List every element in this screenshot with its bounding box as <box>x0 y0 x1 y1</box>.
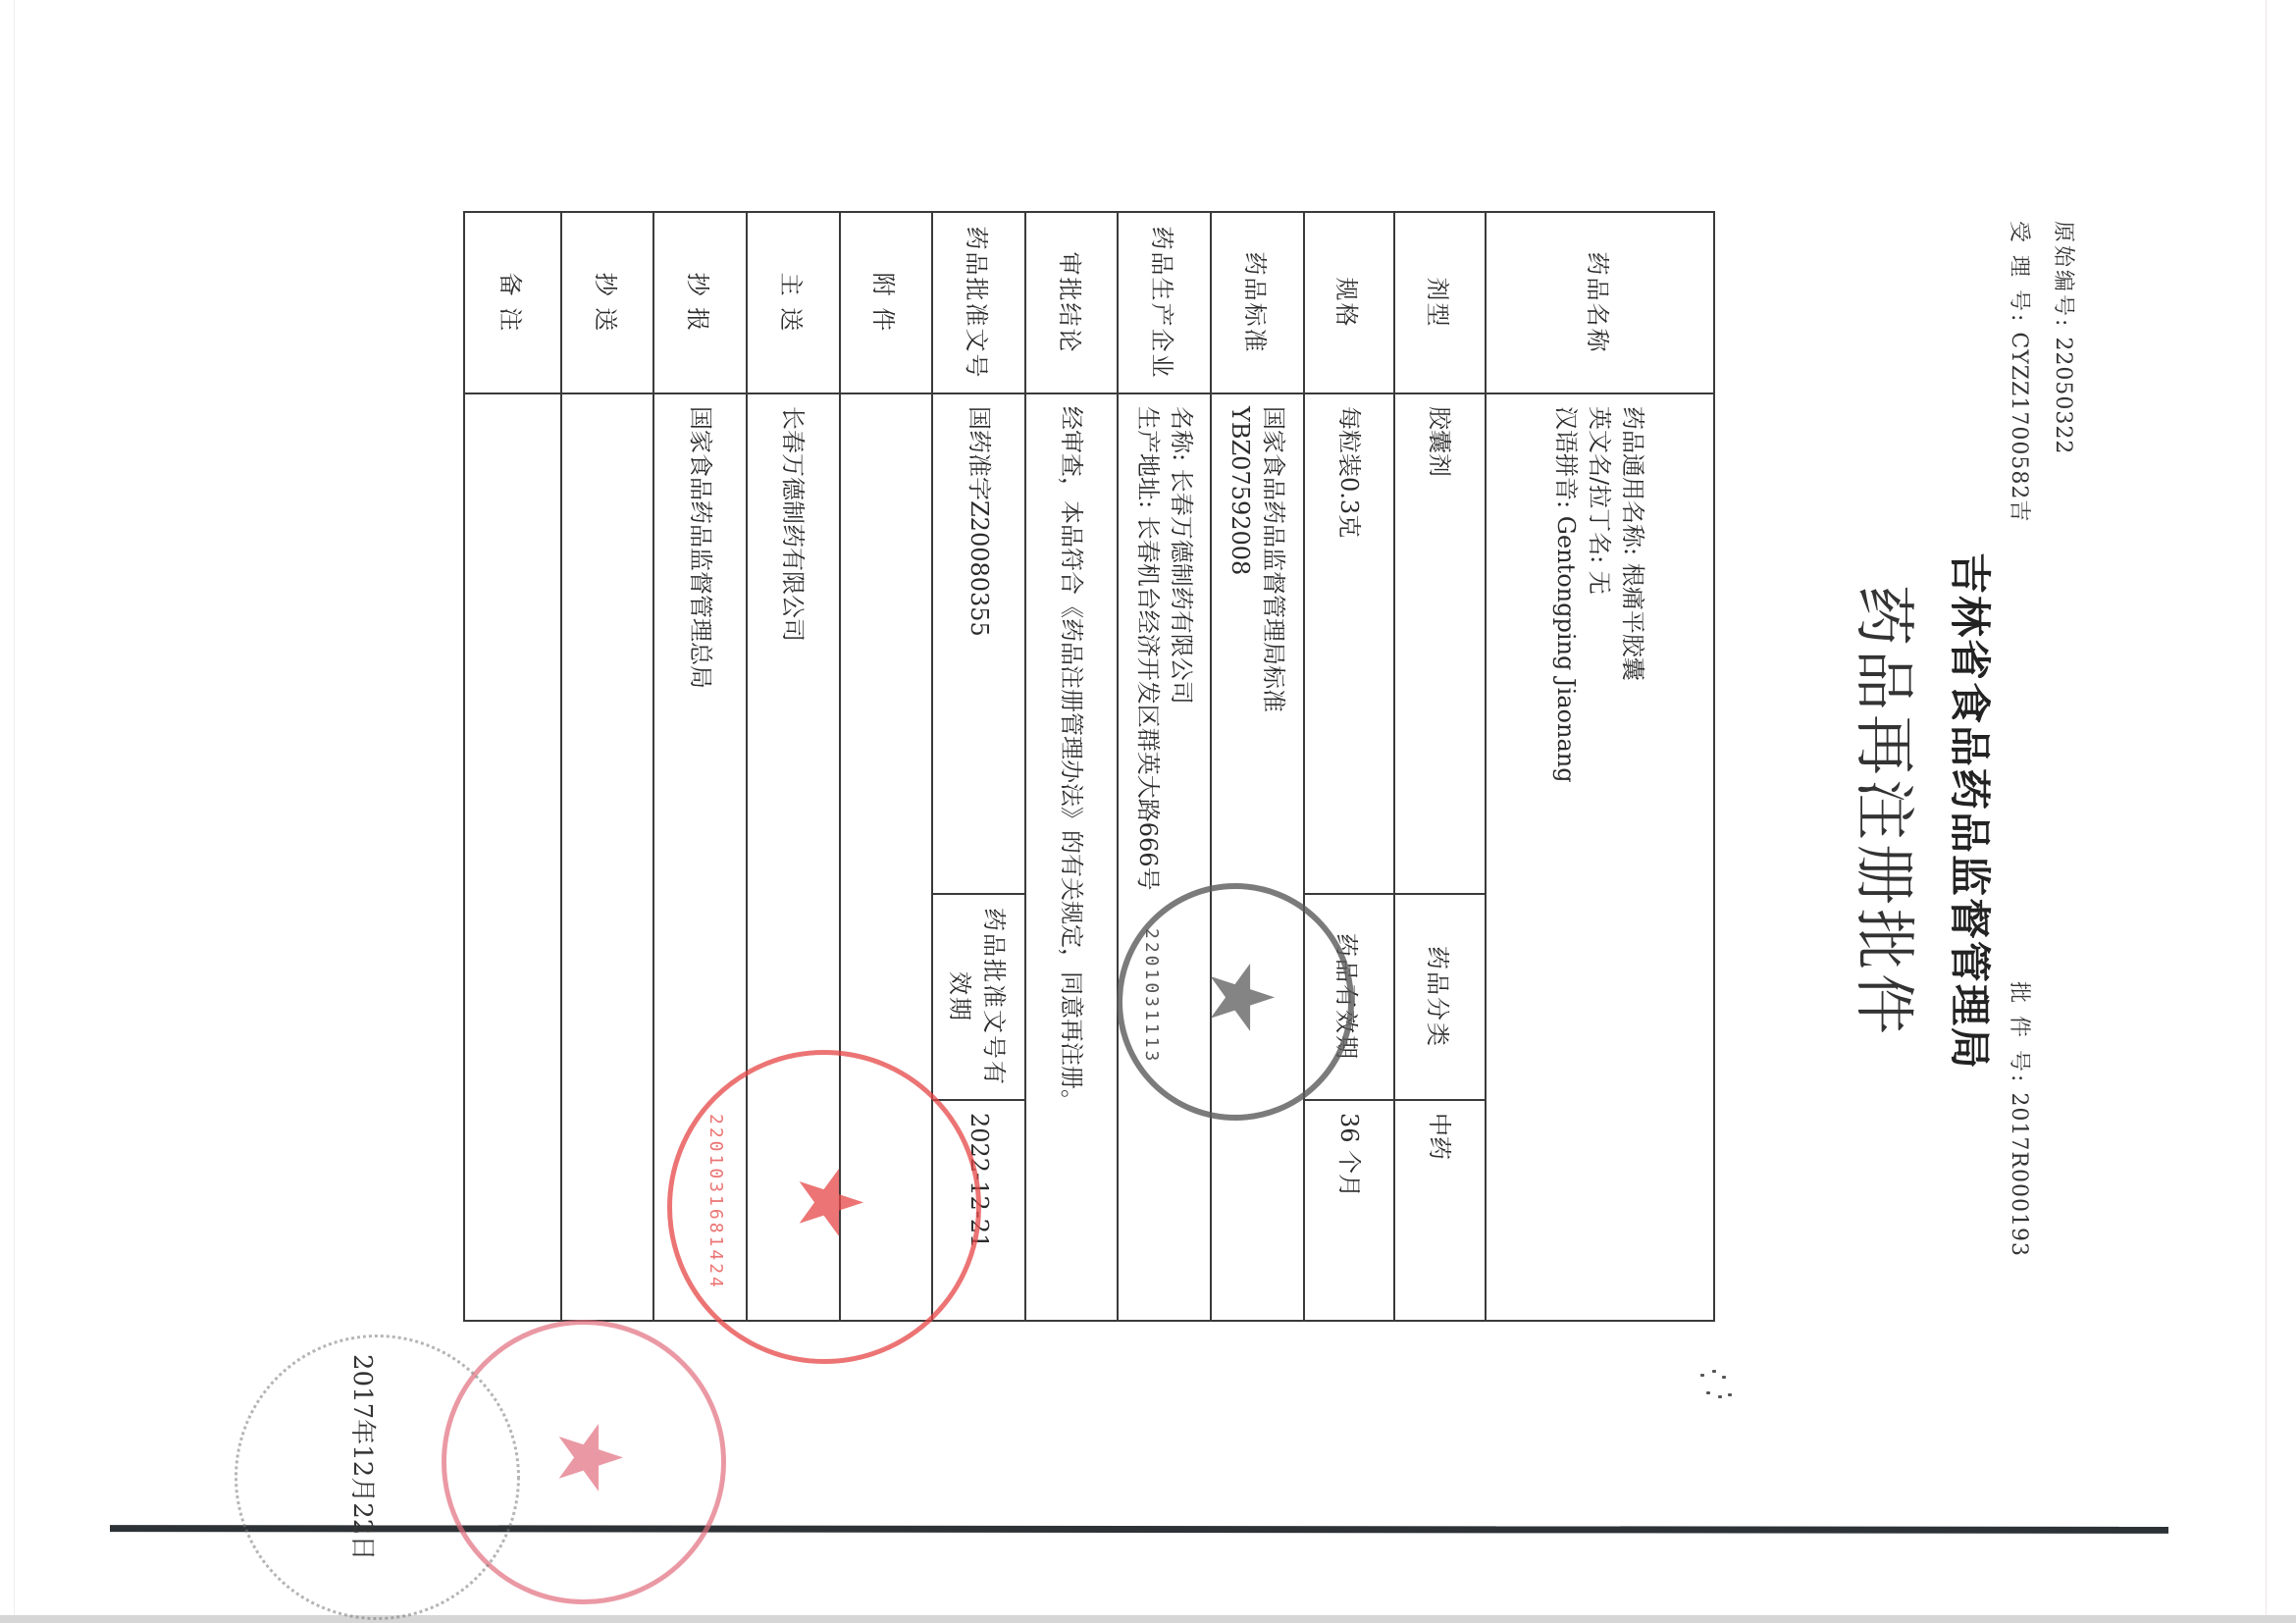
label-attachment: 附 件 <box>840 212 933 393</box>
distributor-seal: ★ <box>442 1320 726 1604</box>
label-standard: 药品标准 <box>1211 212 1304 393</box>
approval-document-number: 批 件 号: 2017R000193 <box>2006 981 2036 1257</box>
value-drug-category: 中药 <box>1394 1100 1486 1321</box>
label-drug-category: 药品分类 <box>1394 894 1486 1100</box>
value-main-recipient: 长春万德制药有限公司 <box>747 393 840 1321</box>
value-report-to: 国家食品药品监督管理总局 <box>654 393 748 1321</box>
label-remarks: 备 注 <box>464 212 561 393</box>
label-shelf-life: 药品有效期 <box>1304 894 1395 1100</box>
label-conclusion: 审批结论 <box>1025 212 1119 393</box>
value-dosage-form: 胶囊剂 <box>1394 393 1486 894</box>
value-shelf-life: 36 个月 <box>1304 1100 1395 1321</box>
issue-date: 2017年12月22日 <box>346 1354 383 1560</box>
label-approval-validity: 药品批准文号有效期 <box>932 894 1025 1100</box>
row-cc: 抄 送 <box>561 212 654 1321</box>
row-main-recipient: 主 送 长春万德制药有限公司 <box>747 212 840 1321</box>
row-manufacturer: 药品生产企业 名称: 长春万德制药有限公司 生产地址: 长春机台经济开发区群英大… <box>1118 212 1211 1321</box>
label-drug-name: 药品名称 <box>1486 212 1714 393</box>
document-page: 原始编号: 22050322 受 理 号: CYZZ1700582吉 批 件 号… <box>0 0 2296 1623</box>
value-specification: 每粒装0.3克 <box>1304 393 1395 894</box>
registration-form-table: 药品名称 药品通用名称: 根痛平胶囊 英文名/拉丁名: 无 汉语拼音: Gent… <box>463 211 1715 1322</box>
row-conclusion: 审批结论 经审查，本品符合《药品注册管理办法》的有关规定，同意再注册。 <box>1025 212 1119 1321</box>
value-conclusion: 经审查，本品符合《药品注册管理办法》的有关规定，同意再注册。 <box>1025 393 1119 1321</box>
star-icon: ★ <box>545 1418 633 1497</box>
original-number: 原始编号: 22050322 <box>2050 221 2080 454</box>
value-standard: 国家食品药品监督管理局标准 YBZ07592008 <box>1211 393 1304 1321</box>
row-dosage-form: 剂型 胶囊剂 药品分类 中药 <box>1394 212 1486 1321</box>
label-manufacturer: 药品生产企业 <box>1118 212 1211 393</box>
row-standard: 药品标准 国家食品药品监督管理局标准 YBZ07592008 <box>1211 212 1304 1321</box>
value-drug-name: 药品通用名称: 根痛平胶囊 英文名/拉丁名: 无 汉语拼音: Gentongpi… <box>1486 393 1714 1321</box>
row-report-to: 抄 报 国家食品药品监督管理总局 <box>654 212 748 1321</box>
document-title: 药品再注册批件 <box>1846 0 1933 1623</box>
row-specification: 规格 每粒装0.3克 药品有效期 36 个月 <box>1304 212 1395 1321</box>
row-approval-number: 药品批准文号 国药准字Z20080355 药品批准文号有效期 2022-12-2… <box>932 212 1025 1321</box>
acceptance-number: 受 理 号: CYZZ1700582吉 <box>2006 221 2036 522</box>
row-attachment: 附 件 <box>840 212 933 1321</box>
label-cc: 抄 送 <box>561 212 654 393</box>
value-remarks <box>464 393 561 1321</box>
label-specification: 规格 <box>1304 212 1395 393</box>
row-drug-name: 药品名称 药品通用名称: 根痛平胶囊 英文名/拉丁名: 无 汉语拼音: Gent… <box>1486 212 1714 1321</box>
value-approval-validity: 2022-12-21 <box>932 1100 1025 1321</box>
value-cc <box>561 393 654 1321</box>
value-attachment <box>840 393 933 1321</box>
value-approval-number: 国药准字Z20080355 <box>932 393 1025 894</box>
label-main-recipient: 主 送 <box>747 212 840 393</box>
label-dosage-form: 剂型 <box>1394 212 1486 393</box>
label-approval-number: 药品批准文号 <box>932 212 1025 393</box>
value-manufacturer: 名称: 长春万德制药有限公司 生产地址: 长春机台经济开发区群英大路666号 <box>1118 393 1211 1321</box>
row-remarks: 备 注 <box>464 212 561 1321</box>
label-report-to: 抄 报 <box>654 212 748 393</box>
issuing-agency: 吉林省食品药品监督管理局 <box>1943 0 2002 1623</box>
